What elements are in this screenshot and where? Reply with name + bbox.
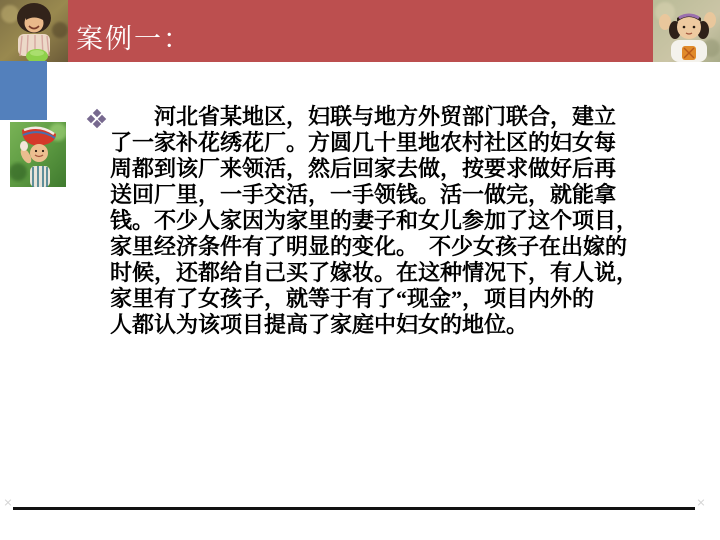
girl-with-striped-hat-photo (10, 122, 66, 187)
body-line: 送回厂里，一手交活，一手领钱。活一做完，就能拿 (110, 182, 670, 208)
footer-divider-line (13, 507, 695, 510)
diamond-cluster-bullet-icon (88, 110, 105, 127)
divider-end-mark-right (697, 498, 705, 506)
header-bar: 案例一： (68, 0, 653, 62)
case-body-text: 河北省某地区，妇联与地方外贸部门联合，建立 了一家补花绣花厂。方圆几十里地农村社… (110, 104, 670, 338)
body-line: 人都认为该项目提高了家庭中妇女的地位。 (110, 312, 670, 338)
body-line: 河北省某地区，妇联与地方外贸部门联合，建立 (110, 104, 670, 130)
body-line: 家里经济条件有了明显的变化。 不少女孩子在出嫁的 (110, 234, 670, 260)
body-line: 了一家补花绣花厂。方圆几十里地农村社区的妇女每 (110, 130, 670, 156)
slide-canvas: 案例一： (0, 0, 720, 540)
slide-title: 案例一： (76, 17, 192, 56)
baby-waving-hands-photo (653, 0, 720, 62)
divider-end-mark-left (4, 498, 12, 506)
body-line: 时候，还都给自己买了嫁妆。在这种情况下，有人说， (110, 260, 670, 286)
blue-accent-square (0, 61, 47, 120)
body-line: 钱。不少人家因为家里的妻子和女儿参加了这个项目， (110, 208, 670, 234)
girl-with-watering-can-photo (0, 0, 68, 62)
body-line: 家里有了女孩子，就等于有了“现金”，项目内外的 (110, 286, 670, 312)
body-line: 周都到该厂来领活，然后回家去做，按要求做好后再 (110, 156, 670, 182)
